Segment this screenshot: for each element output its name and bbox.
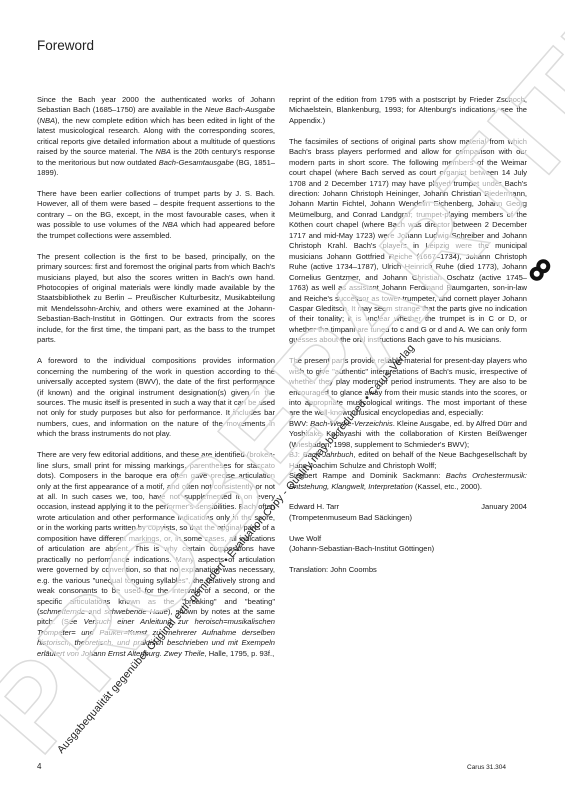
- text: There are very few editorial additions, …: [37, 450, 275, 616]
- reference-bwv: BWV: Bach-Werke-Verzeichnis. Kleine Ausg…: [289, 419, 527, 450]
- text: BWV:: [289, 419, 310, 428]
- reference-list: BWV: Bach-Werke-Verzeichnis. Kleine Ausg…: [289, 419, 527, 492]
- text: Siegbert Rampe and Dominik Sackmann:: [289, 471, 446, 480]
- reference-bj: BJ: Bach-Jahrbuch, edited on behalf of t…: [289, 450, 527, 471]
- right-column: reprint of the edition from 1795 with a …: [289, 95, 527, 576]
- date: January 2004: [481, 502, 527, 512]
- author-affiliation: (Trompetenmuseum Bad Säckingen): [289, 513, 527, 523]
- italic-text: Bach-Werke-Verzeichnis: [310, 419, 393, 428]
- text: (Kassel, etc., 2000).: [413, 482, 482, 491]
- italic-text: Bach-Gesamtausgabe: [159, 158, 234, 167]
- text: , Halle, 1795, p. 93f.,: [205, 649, 275, 658]
- paragraph-present-parts: The present parts provide reliable mater…: [289, 356, 527, 419]
- italic-text: schmetternde: [40, 607, 86, 616]
- signature-line-1: Edward H. Tarr January 2004: [289, 502, 527, 512]
- paragraph-foreword-compositions: A foreword to the individual composition…: [37, 356, 275, 440]
- text: and: [85, 607, 104, 616]
- page-number: 4: [37, 762, 41, 771]
- paragraph-facsimiles: The facsimiles of sections of original p…: [289, 137, 527, 346]
- translator-credit: Translation: John Coombs: [289, 565, 527, 575]
- italic-text: schwebende Haue: [104, 607, 168, 616]
- paragraph-editorial-additions: There are very few editorial additions, …: [37, 450, 275, 659]
- italic-text: NBA: [155, 147, 171, 156]
- paragraph-intro: Since the Bach year 2000 the authenticat…: [37, 95, 275, 179]
- reference-rampe: Siegbert Rampe and Dominik Sackmann: Bac…: [289, 471, 527, 492]
- paragraph-present-collection: The present collection is the first to b…: [37, 252, 275, 346]
- paragraph-earlier-collections: There have been earlier collections of t…: [37, 189, 275, 241]
- italic-text: NBA: [162, 220, 178, 229]
- author-name: Uwe Wolf: [289, 534, 527, 544]
- paragraph-reprint: reprint of the edition from 1795 with a …: [289, 95, 527, 126]
- page-title: Foreword: [37, 38, 94, 53]
- carus-logo-icon: [527, 257, 553, 283]
- italic-text: Bach-Jahrbuch: [303, 450, 354, 459]
- text: BJ:: [289, 450, 303, 459]
- signature-block: Edward H. Tarr January 2004 (Trompetenmu…: [289, 502, 527, 575]
- left-column: Since the Bach year 2000 the authenticat…: [37, 95, 275, 659]
- author-name: Edward H. Tarr: [289, 502, 339, 512]
- author-affiliation: (Johann-Sebastian-Bach-Institut Göttinge…: [289, 544, 527, 554]
- italic-text: NBA: [40, 116, 56, 125]
- italic-text: Neue Bach-Ausgabe: [205, 105, 275, 114]
- catalog-number: Carus 31.304: [467, 764, 506, 771]
